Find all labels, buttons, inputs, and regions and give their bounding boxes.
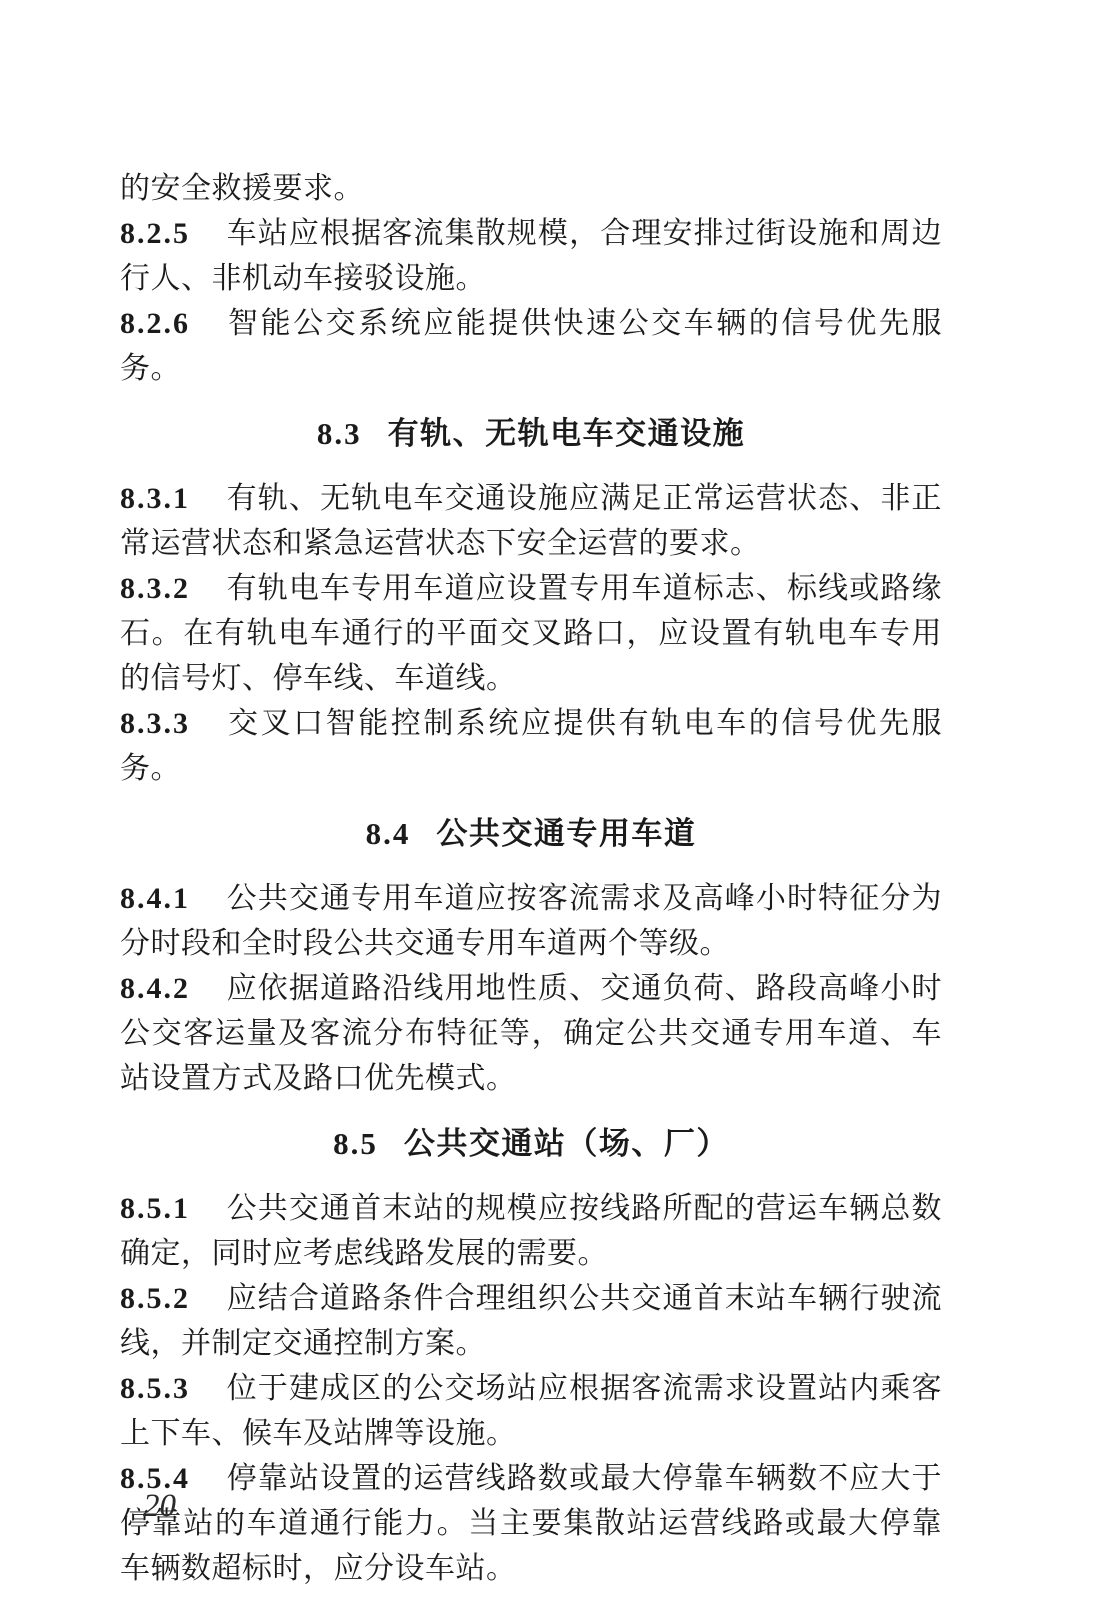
clause-text: 交叉口智能控制系统应提供有轨电车的信号优先服务。 bbox=[120, 707, 942, 785]
clause-paragraph: 8.5.4停靠站设置的运营线路数或最大停靠车辆数不应大于停靠站的车道通行能力。当… bbox=[120, 1456, 942, 1591]
clause-number: 8.3.1 bbox=[120, 482, 190, 515]
clause-paragraph: 的安全救援要求。 bbox=[120, 166, 942, 211]
clause-paragraph: 8.3.3交叉口智能控制系统应提供有轨电车的信号优先服务。 bbox=[120, 701, 942, 791]
clause-text: 公共交通专用车道应按客流需求及高峰小时特征分为分时段和全时段公共交通专用车道两个… bbox=[120, 882, 942, 960]
section-heading: 8.4公共交通专用车道 bbox=[120, 811, 942, 856]
section-title: 公共交通站（场、厂） bbox=[404, 1126, 729, 1161]
clause-paragraph: 8.5.2应结合道路条件合理组织公共交通首末站车辆行驶流线，并制定交通控制方案。 bbox=[120, 1276, 942, 1366]
clause-paragraph: 8.4.1公共交通专用车道应按客流需求及高峰小时特征分为分时段和全时段公共交通专… bbox=[120, 876, 942, 966]
clause-text: 位于建成区的公交场站应根据客流需求设置站内乘客上下车、候车及站牌等设施。 bbox=[120, 1372, 942, 1450]
section-number: 8.4 bbox=[366, 816, 411, 851]
clause-paragraph: 8.2.5车站应根据客流集散规模，合理安排过街设施和周边行人、非机动车接驳设施。 bbox=[120, 211, 942, 301]
clause-number: 8.5.2 bbox=[120, 1282, 190, 1315]
clause-number: 8.4.1 bbox=[120, 882, 190, 915]
clause-number: 8.5.1 bbox=[120, 1192, 190, 1225]
clause-text: 公共交通首末站的规模应按线路所配的营运车辆总数确定，同时应考虑线路发展的需要。 bbox=[120, 1192, 942, 1270]
page-number: 20 bbox=[143, 1486, 176, 1526]
clause-number: 8.3.3 bbox=[120, 707, 190, 740]
clause-text: 有轨、无轨电车交通设施应满足正常运营状态、非正常运营状态和紧急运营状态下安全运营… bbox=[120, 482, 942, 560]
clause-text: 应结合道路条件合理组织公共交通首末站车辆行驶流线，并制定交通控制方案。 bbox=[120, 1282, 942, 1360]
clause-number: 8.2.6 bbox=[120, 307, 190, 340]
clause-text: 有轨电车专用车道应设置专用车道标志、标线或路缘石。在有轨电车通行的平面交叉路口，… bbox=[120, 572, 942, 695]
clause-text: 停靠站设置的运营线路数或最大停靠车辆数不应大于停靠站的车道通行能力。当主要集散站… bbox=[120, 1462, 942, 1585]
section-heading: 8.5公共交通站（场、厂） bbox=[120, 1121, 942, 1166]
section-number: 8.5 bbox=[333, 1126, 378, 1161]
clause-paragraph: 8.5.3位于建成区的公交场站应根据客流需求设置站内乘客上下车、候车及站牌等设施… bbox=[120, 1366, 942, 1456]
clause-paragraph: 8.2.6智能公交系统应能提供快速公交车辆的信号优先服务。 bbox=[120, 301, 942, 391]
document-page: 的安全救援要求。8.2.5车站应根据客流集散规模，合理安排过街设施和周边行人、非… bbox=[0, 0, 1103, 1598]
clause-paragraph: 8.5.1公共交通首末站的规模应按线路所配的营运车辆总数确定，同时应考虑线路发展… bbox=[120, 1186, 942, 1276]
section-title: 公共交通专用车道 bbox=[436, 816, 696, 851]
clause-number: 8.3.2 bbox=[120, 572, 190, 605]
clause-number: 8.4.2 bbox=[120, 972, 190, 1005]
clause-paragraph: 8.3.1有轨、无轨电车交通设施应满足正常运营状态、非正常运营状态和紧急运营状态… bbox=[120, 476, 942, 566]
clause-text: 车站应根据客流集散规模，合理安排过街设施和周边行人、非机动车接驳设施。 bbox=[120, 217, 942, 295]
clause-text: 应依据道路沿线用地性质、交通负荷、路段高峰小时公交客运量及客流分布特征等，确定公… bbox=[120, 972, 942, 1095]
section-heading: 8.3有轨、无轨电车交通设施 bbox=[120, 411, 942, 456]
clause-text: 的安全救援要求。 bbox=[120, 172, 364, 205]
section-number: 8.3 bbox=[317, 416, 362, 451]
clause-paragraph: 8.3.2有轨电车专用车道应设置专用车道标志、标线或路缘石。在有轨电车通行的平面… bbox=[120, 566, 942, 701]
clause-number: 8.5.3 bbox=[120, 1372, 190, 1405]
clause-number: 8.2.5 bbox=[120, 217, 190, 250]
clause-text: 智能公交系统应能提供快速公交车辆的信号优先服务。 bbox=[120, 307, 942, 385]
clause-paragraph: 8.4.2应依据道路沿线用地性质、交通负荷、路段高峰小时公交客运量及客流分布特征… bbox=[120, 966, 942, 1101]
section-title: 有轨、无轨电车交通设施 bbox=[388, 416, 746, 451]
document-body: 的安全救援要求。8.2.5车站应根据客流集散规模，合理安排过街设施和周边行人、非… bbox=[120, 166, 942, 1591]
